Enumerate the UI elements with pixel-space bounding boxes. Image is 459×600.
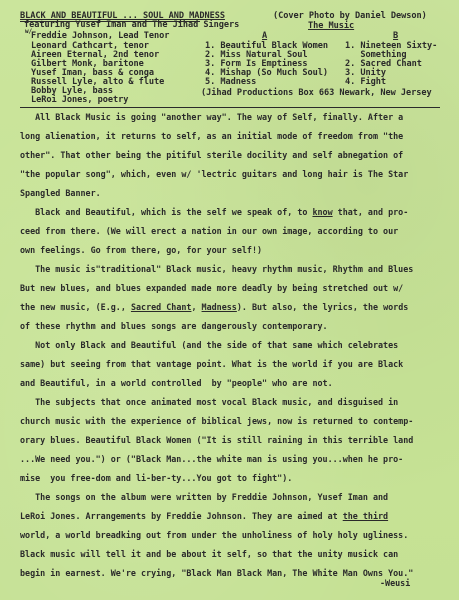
body-line: Black and Beautiful, which is the self w… bbox=[20, 208, 408, 217]
track-ref-madness: Madness bbox=[202, 302, 237, 312]
body-text: the new music, (E.g., bbox=[20, 302, 131, 312]
body-line: The music is"traditional" Black music, h… bbox=[20, 265, 413, 274]
body-line: The songs on the album were written by F… bbox=[20, 493, 388, 502]
body-line: of these rhythm and blues songs are dang… bbox=[20, 322, 328, 331]
music-heading: The Music bbox=[308, 22, 354, 31]
track-item: 5. Madness bbox=[205, 78, 256, 87]
body-line: same) but seeing from that vantage point… bbox=[20, 360, 403, 369]
body-line: Black music will tell it and be about it… bbox=[20, 550, 398, 559]
body-line: orary blues. Beautiful Black Women ("It … bbox=[20, 436, 413, 445]
body-line: Spangled Banner. bbox=[20, 189, 101, 198]
body-text: that, and pro- bbox=[333, 207, 409, 217]
body-line: ceed from there. (We will erect a nation… bbox=[20, 227, 398, 236]
emphasis-the-third: the third bbox=[343, 511, 388, 521]
body-line: and Beautiful, in a world controlled by … bbox=[20, 379, 333, 388]
body-line: The subjects that once animated most voc… bbox=[20, 398, 398, 407]
body-line: church music with the experience of bibl… bbox=[20, 417, 413, 426]
body-line: Not only Black and Beautiful (and the si… bbox=[20, 341, 398, 350]
track-item: 4. Fight bbox=[345, 78, 386, 87]
featuring-line: featuring Yusef Iman and The Jihad Singe… bbox=[24, 21, 239, 30]
header-divider bbox=[20, 107, 440, 108]
body-text: LeRoi Jones. Arrangements by Freddie Joh… bbox=[20, 511, 343, 521]
label-address: (Jihad Productions Box 663 Newark, New J… bbox=[201, 89, 432, 98]
side-b-label: B bbox=[393, 32, 398, 41]
body-line: world, a world breadking out from under … bbox=[20, 531, 408, 540]
author-signature: -Weusi bbox=[380, 579, 410, 588]
body-text: Black and Beautiful, which is the self w… bbox=[20, 207, 312, 217]
title-underrule bbox=[20, 21, 200, 22]
body-line: All Black Music is going "another way". … bbox=[20, 113, 403, 122]
body-line: ...We need you.") or ("Black Man...the w… bbox=[20, 455, 403, 464]
body-line: begin in earnest. We're crying, "Black M… bbox=[20, 569, 413, 578]
side-a-label: A bbox=[262, 32, 267, 41]
body-line: long alienation, it returns to self, as … bbox=[20, 132, 403, 141]
body-line: "the popular song", which, even w/ 'lect… bbox=[20, 170, 408, 179]
body-line: But new blues, and blues expanded made m… bbox=[20, 284, 403, 293]
body-line: other". That other being the pitiful ste… bbox=[20, 151, 403, 160]
body-line: own feelings. Go from there, go, for you… bbox=[20, 246, 262, 255]
body-text: ). But also, the lyrics, the words bbox=[237, 302, 408, 312]
body-line: the new music, (E.g., Sacred Chant, Madn… bbox=[20, 303, 408, 312]
body-text: , bbox=[191, 302, 201, 312]
body-line: LeRoi Jones. Arrangements by Freddie Joh… bbox=[20, 512, 388, 521]
cover-credit: (Cover Photo by Daniel Dewson) bbox=[273, 12, 427, 21]
document-page: BLACK AND BEAUTIFUL ... SOUL AND MADNESS… bbox=[0, 0, 459, 600]
emphasis-know: know bbox=[312, 207, 332, 217]
body-line: mise you free-dom and li-ber-ty...You go… bbox=[20, 474, 292, 483]
personnel-item: Freddie Johnson, Lead Tenor bbox=[31, 32, 169, 41]
personnel-item: LeRoi Jones, poetry bbox=[31, 96, 128, 105]
track-ref-sacred-chant: Sacred Chant bbox=[131, 302, 192, 312]
